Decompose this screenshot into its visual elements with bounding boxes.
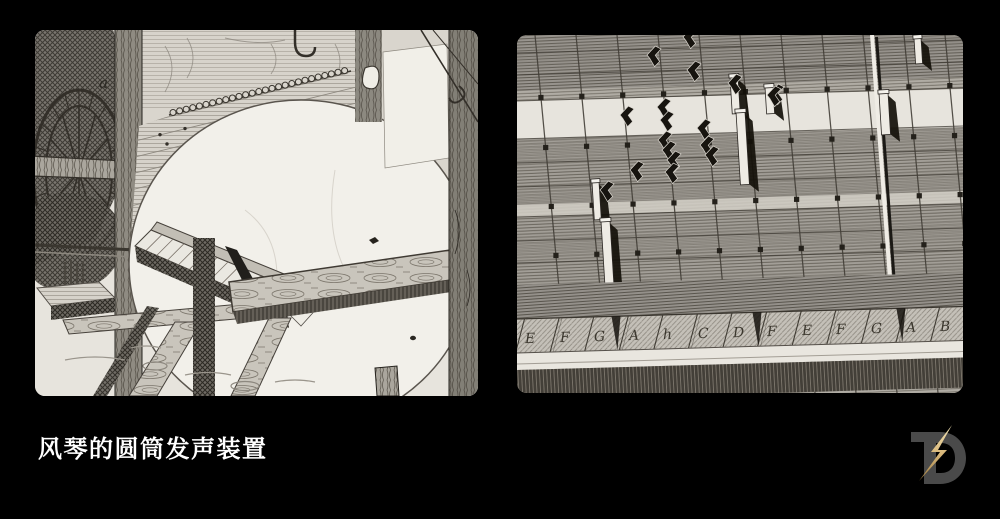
foot-post xyxy=(375,366,399,396)
part-label: a xyxy=(99,74,108,92)
pinned-cylinder-engraving: EFGAhCDFEFGAB xyxy=(517,35,963,393)
pinned-surface-illustration xyxy=(517,35,963,393)
frame-post-mid xyxy=(355,30,382,122)
video-frame: a xyxy=(0,0,1000,519)
key-lever-row xyxy=(517,272,963,393)
td-lightning-logo xyxy=(908,421,970,485)
barrel-organ-engraving: a xyxy=(35,30,478,396)
frame-post-right xyxy=(449,30,478,396)
subtitle-caption: 风琴的圆筒发声装置 xyxy=(38,429,268,464)
white-panel xyxy=(383,44,449,168)
fly-speck xyxy=(410,336,416,340)
